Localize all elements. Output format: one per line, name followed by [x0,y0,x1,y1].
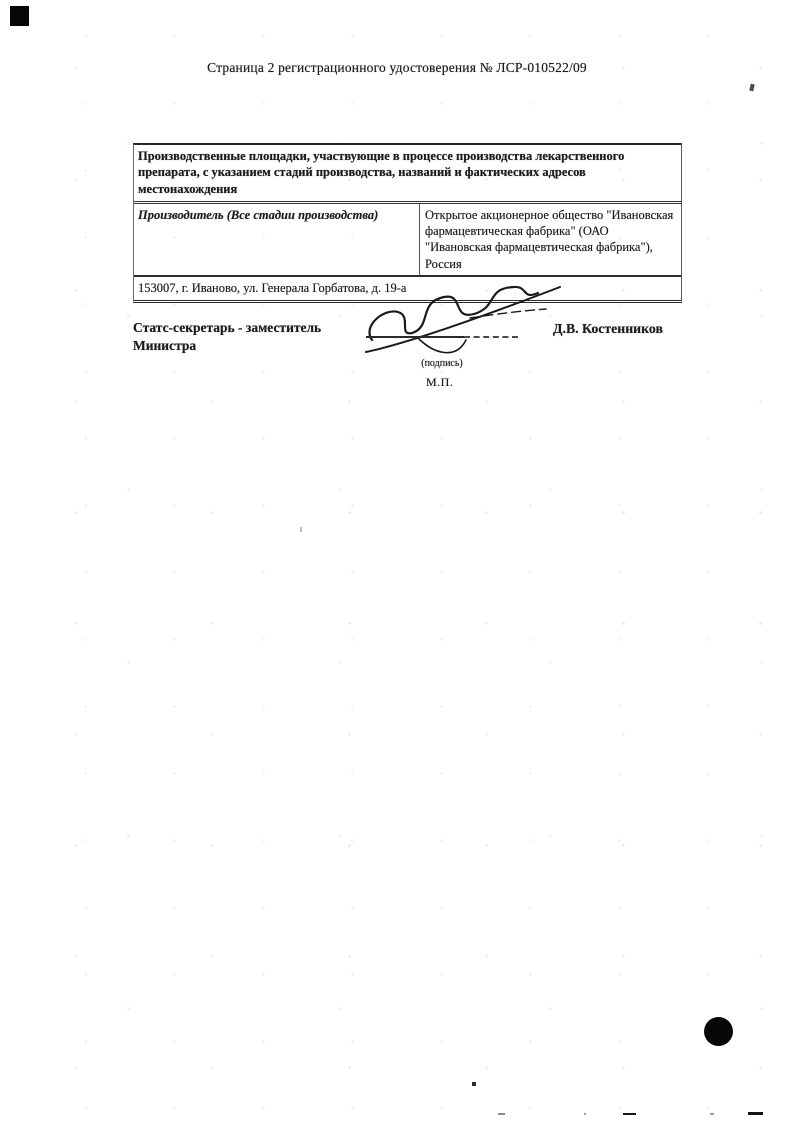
signer-title: Статс-секретарь - заместитель Министра [133,319,355,355]
table-row: Производитель (Все стадии производства) … [134,204,681,277]
signature-scrawl [350,278,568,366]
scan-speck [498,1113,505,1115]
corner-scan-mark-icon [10,6,29,26]
scan-speck [623,1113,636,1115]
table-header-cell: Производственные площадки, участвующие в… [134,145,681,204]
scan-speck [584,1113,586,1115]
punch-hole-mark-icon [704,1017,733,1046]
signature-line [366,336,464,338]
scan-speck [748,1112,763,1115]
stamp-place-abbr: М.П. [426,375,453,390]
scan-speck [300,527,302,532]
signature-line-dashed [464,336,518,338]
scan-speck [472,1082,476,1086]
page-header: Страница 2 регистрационного удостоверени… [0,60,794,76]
scan-speck [749,84,754,92]
signer-name: Д.В. Костенников [553,321,663,337]
signature-caption: (подпись) [410,358,474,369]
manufacturer-label-cell: Производитель (Все стадии производства) [134,204,420,275]
manufacturer-value-cell: Открытое акционерное общество "Ивановска… [420,204,681,275]
scan-speck [710,1113,714,1115]
scanned-document-page: Страница 2 регистрационного удостоверени… [0,0,794,1123]
